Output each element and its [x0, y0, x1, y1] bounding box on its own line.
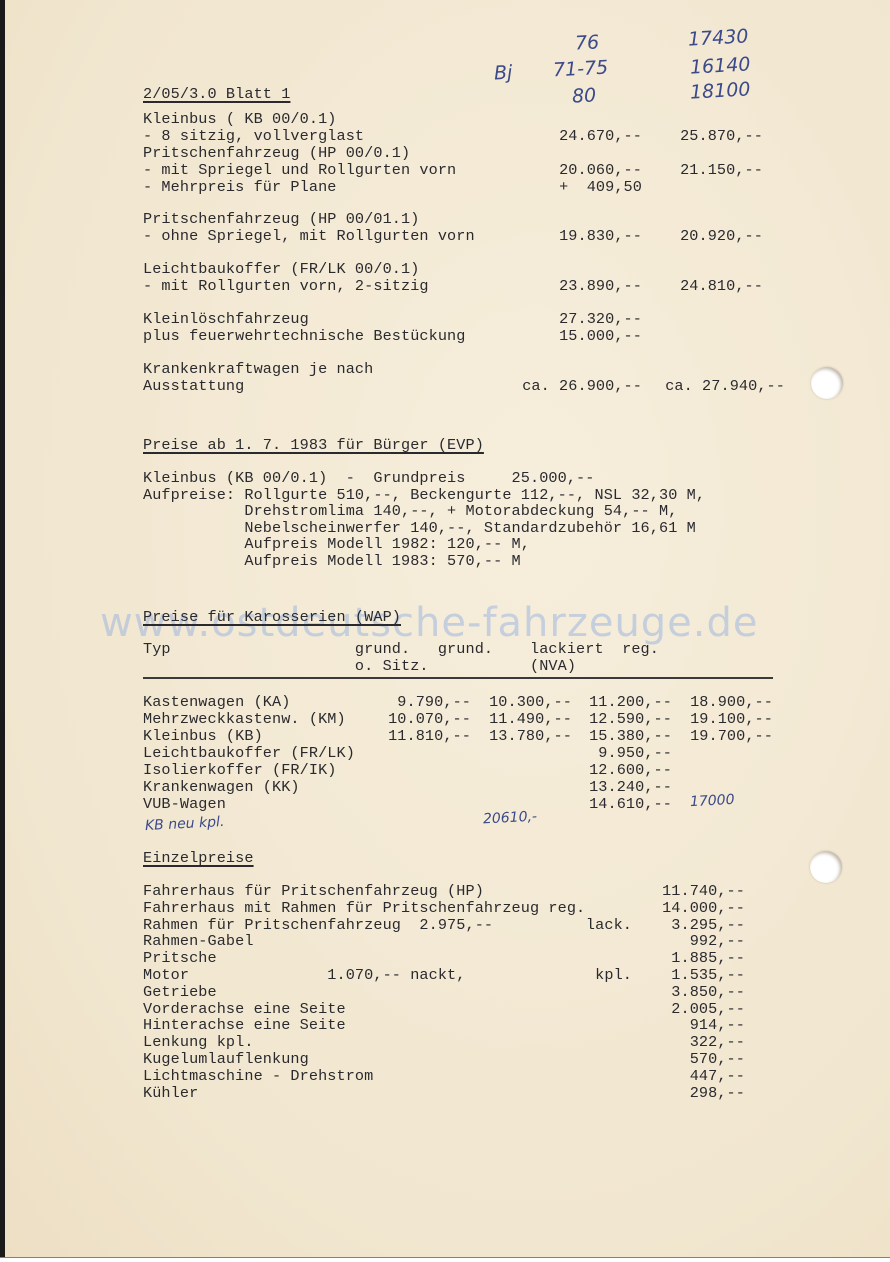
table-cell-price: 11.810,--	[388, 728, 471, 745]
part-price: 298,--	[690, 1085, 745, 1102]
vehicle-line: Kleinlöschfahrzeug	[143, 311, 309, 328]
punch-hole-bottom	[810, 851, 842, 883]
price-col1: + 409,50	[559, 179, 642, 196]
table-cell-price: 13.780,--	[489, 728, 572, 745]
price-col1: 20.060,--	[559, 162, 642, 179]
part-name: Fahrerhaus mit Rahmen für Pritschenfahrz…	[143, 900, 585, 917]
part-price: 1.535,--	[671, 967, 745, 984]
section-title-einzelpreise: Einzelpreise	[143, 850, 254, 867]
part-name: Kugelumlauflenkung	[143, 1051, 309, 1068]
price-col2: 20.920,--	[680, 228, 763, 245]
part-name: Kühler	[143, 1085, 198, 1102]
table-cell-typ: Kleinbus (KB)	[143, 728, 263, 745]
vehicle-line: - ohne Spriegel, mit Rollgurten vorn	[143, 228, 475, 245]
table-header-row-1: Typ grund. grund. lackiert reg.	[143, 641, 659, 658]
part-price: 3.850,--	[671, 984, 745, 1001]
vehicle-line: Krankenkraftwagen je nach	[143, 361, 373, 378]
table-cell-typ: VUB-Wagen	[143, 796, 226, 813]
part-qualifier: lack.	[586, 917, 632, 934]
part-name: Rahmen-Gabel	[143, 933, 254, 950]
scan-left-edge	[0, 0, 5, 1262]
vehicle-line: Leichtbaukoffer (FR/LK 00/0.1)	[143, 261, 419, 278]
handwritten-price-3: 18100	[689, 78, 751, 103]
table-cell-typ: Kastenwagen (KA)	[143, 694, 290, 711]
evp-line: Aufpreis Modell 1983: 570,-- M	[143, 553, 521, 570]
price-col1: 24.670,--	[559, 128, 642, 145]
price-col2: ca. 27.940,--	[665, 378, 785, 395]
evp-line: Nebelscheinwerfer 140,--, Standardzubehö…	[143, 520, 696, 537]
evp-line: Drehstromlima 140,--, + Motorabdeckung 5…	[143, 503, 677, 520]
handwritten-initials: Bj	[493, 62, 512, 85]
part-price: 914,--	[690, 1017, 745, 1034]
vehicle-line: plus feuerwehrtechnische Bestückung	[143, 328, 466, 345]
handwritten-kb-note: KB neu kpl.	[145, 814, 225, 834]
part-name: Hinterachse eine Seite	[143, 1017, 346, 1034]
price-col2: 21.150,--	[680, 162, 763, 179]
part-price: 992,--	[690, 933, 745, 950]
price-col2: 24.810,--	[680, 278, 763, 295]
price-col1: 15.000,--	[559, 328, 642, 345]
table-cell-typ: Leichtbaukoffer (FR/LK)	[143, 745, 355, 762]
vehicle-line: Pritschenfahrzeug (HP 00/01.1)	[143, 211, 419, 228]
table-cell-price: 10.300,--	[489, 694, 572, 711]
evp-line: Kleinbus (KB 00/0.1) - Grundpreis 25.000…	[143, 470, 595, 487]
part-price: 447,--	[690, 1068, 745, 1085]
part-price: 570,--	[690, 1051, 745, 1068]
table-cell-price: 14.610,--	[589, 796, 672, 813]
part-price: 322,--	[690, 1034, 745, 1051]
part-name: Lichtmaschine - Drehstrom	[143, 1068, 373, 1085]
part-name: Vorderachse eine Seite	[143, 1001, 346, 1018]
section-title-evp: Preise ab 1. 7. 1983 für Bürger (EVP)	[143, 437, 484, 454]
handwritten-kb-price: 20610,-	[483, 809, 538, 828]
table-header-rule	[143, 677, 773, 679]
table-cell-typ: Isolierkoffer (FR/IK)	[143, 762, 337, 779]
handwritten-year-1: 76	[574, 31, 599, 54]
table-cell-price: 15.380,--	[589, 728, 672, 745]
part-name: Fahrerhaus für Pritschenfahrzeug (HP)	[143, 883, 484, 900]
table-cell-price: 12.600,--	[589, 762, 672, 779]
part-price: 2.005,--	[671, 1001, 745, 1018]
table-cell-typ: Mehrzweckkastenw. (KM)	[143, 711, 346, 728]
price-col1: 23.890,--	[559, 278, 642, 295]
part-name: Getriebe	[143, 984, 217, 1001]
vehicle-line: - Mehrpreis für Plane	[143, 179, 337, 196]
table-cell-price: 18.900,--	[690, 694, 773, 711]
part-price: 3.295,--	[671, 917, 745, 934]
scan-bottom-edge	[0, 1257, 890, 1262]
evp-line: Aufpreis Modell 1982: 120,-- M,	[143, 536, 530, 553]
handwritten-price-1: 17430	[687, 25, 749, 50]
table-cell-price: 9.950,--	[598, 745, 672, 762]
table-cell-price: 11.490,--	[489, 711, 572, 728]
table-cell-price: 10.070,--	[388, 711, 471, 728]
table-cell-price: 11.200,--	[589, 694, 672, 711]
table-header-row-2: o. Sitz. (NVA)	[143, 658, 576, 675]
part-price: 14.000,--	[662, 900, 745, 917]
vehicle-line: - 8 sitzig, vollverglast	[143, 128, 364, 145]
table-cell-price: 12.590,--	[589, 711, 672, 728]
handwritten-vub-note: 17000	[690, 792, 735, 810]
handwritten-year-2: 71-75	[552, 57, 608, 82]
part-name: Rahmen für Pritschenfahrzeug 2.975,--	[143, 917, 493, 934]
section-title-karosserien: Preise für Karosserien (WAP)	[143, 609, 401, 626]
vehicle-line: Pritschenfahrzeug (HP 00/0.1)	[143, 145, 410, 162]
price-col2: 25.870,--	[680, 128, 763, 145]
part-name: Pritsche	[143, 950, 217, 967]
handwritten-year-3: 80	[571, 84, 596, 107]
part-price: 11.740,--	[662, 883, 745, 900]
part-price: 1.885,--	[671, 950, 745, 967]
price-col1: ca. 26.900,--	[522, 378, 642, 395]
part-qualifier: kpl.	[595, 967, 632, 984]
vehicle-line: Ausstattung	[143, 378, 244, 395]
part-name: Lenkung kpl.	[143, 1034, 254, 1051]
table-cell-typ: Krankenwagen (KK)	[143, 779, 300, 796]
part-name: Motor 1.070,-- nackt,	[143, 967, 466, 984]
table-cell-price: 9.790,--	[397, 694, 471, 711]
vehicle-line: - mit Spriegel und Rollgurten vorn	[143, 162, 456, 179]
evp-line: Aufpreise: Rollgurte 510,--, Beckengurte…	[143, 487, 705, 504]
punch-hole-top	[811, 367, 843, 399]
table-cell-price: 19.100,--	[690, 711, 773, 728]
price-col1: 19.830,--	[559, 228, 642, 245]
vehicle-line: Kleinbus ( KB 00/0.1)	[143, 111, 337, 128]
table-cell-price: 13.240,--	[589, 779, 672, 796]
sheet-reference: 2/05/3.0 Blatt 1	[143, 86, 290, 103]
vehicle-line: - mit Rollgurten vorn, 2-sitzig	[143, 278, 429, 295]
price-col1: 27.320,--	[559, 311, 642, 328]
handwritten-price-2: 16140	[689, 53, 751, 78]
table-cell-price: 19.700,--	[690, 728, 773, 745]
